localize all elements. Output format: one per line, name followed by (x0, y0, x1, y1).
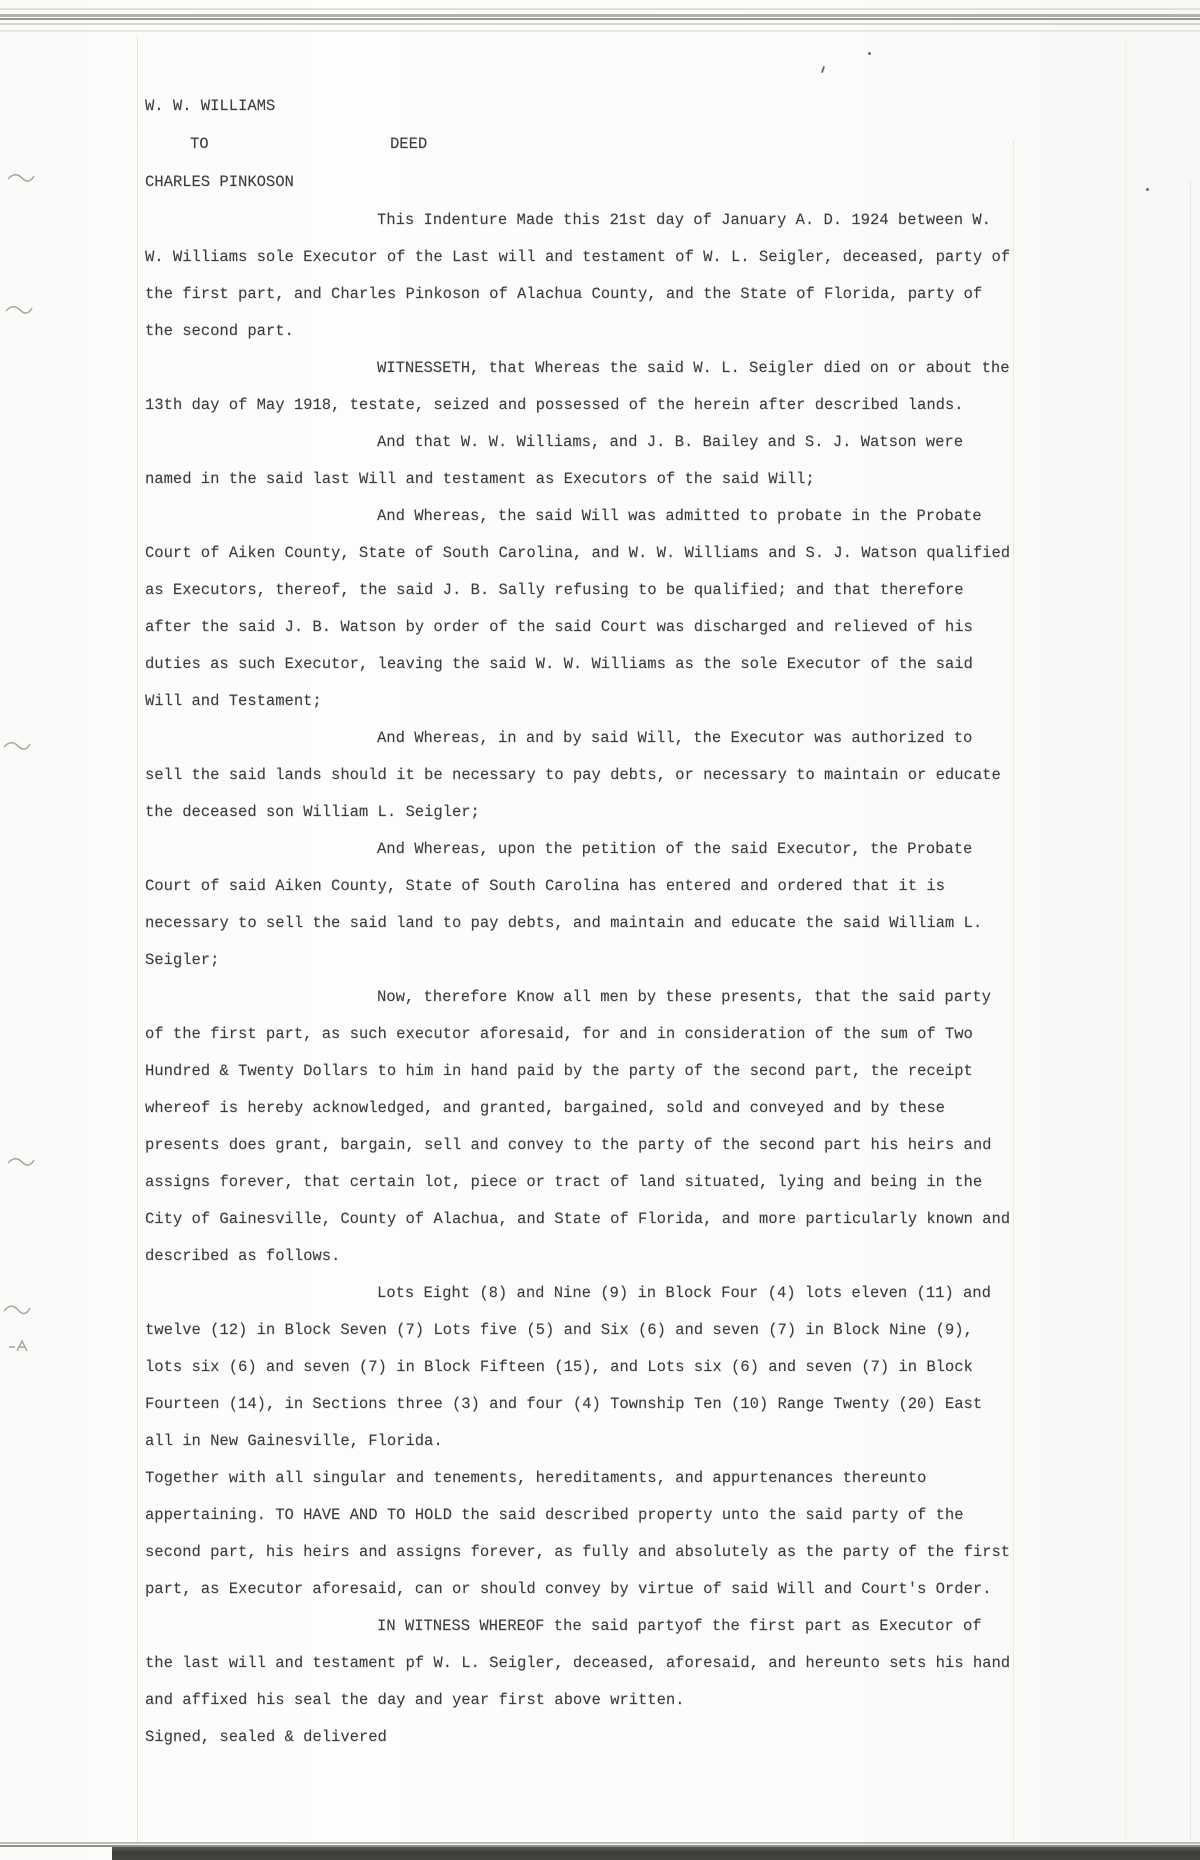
ink-speck (821, 66, 825, 73)
pen-scribble-icon (8, 1338, 34, 1359)
bottom-scan-band (0, 1836, 1200, 1860)
paragraph: And Whereas, upon the petition of the sa… (145, 831, 1017, 979)
pen-tick-icon (6, 1152, 36, 1173)
pen-tick-icon (2, 1298, 32, 1321)
paragraph: This Indenture Made this 21st day of Jan… (145, 202, 1017, 350)
paragraph: Now, therefore Know all men by these pre… (145, 979, 1017, 1275)
grantor-name: W. W. WILLIAMS (145, 97, 275, 115)
paragraph: Signed, sealed & delivered (145, 1719, 1017, 1756)
deed-document: W. W. WILLIAMS TO DEED CHARLES PINKOSON … (145, 88, 1017, 1756)
header-grantor-line: W. W. WILLIAMS (145, 88, 1017, 126)
header-to-line: TO DEED (145, 126, 1017, 164)
paragraph: WITNESSETH, that Whereas the said W. L. … (145, 350, 1017, 424)
grantee-name: CHARLES PINKOSON (145, 173, 294, 191)
paragraph: And Whereas, in and by said Will, the Ex… (145, 720, 1017, 831)
ink-speck (868, 52, 871, 55)
ink-speck (1146, 188, 1149, 191)
to-label: TO (190, 135, 209, 153)
pen-tick-icon (2, 736, 32, 757)
document-type-label: DEED (390, 126, 427, 163)
paragraph: IN WITNESS WHEREOF the said partyof the … (145, 1608, 1017, 1719)
paragraph: And Whereas, the said Will was admitted … (145, 498, 1017, 720)
pen-tick-icon (4, 300, 34, 321)
pen-tick-icon (6, 168, 36, 189)
page-edge-line (1190, 180, 1191, 1840)
header-grantee-line: CHARLES PINKOSON (145, 164, 1017, 202)
paragraph: Lots Eight (8) and Nine (9) in Block Fou… (145, 1275, 1017, 1460)
top-scan-lines (0, 6, 1200, 36)
document-body: This Indenture Made this 21st day of Jan… (145, 202, 1017, 1756)
left-margin-rule (137, 36, 138, 1844)
scan-streak-line (1125, 36, 1126, 1840)
paragraph: And that W. W. Williams, and J. B. Baile… (145, 424, 1017, 498)
paragraph: Together with all singular and tenements… (145, 1460, 1017, 1608)
